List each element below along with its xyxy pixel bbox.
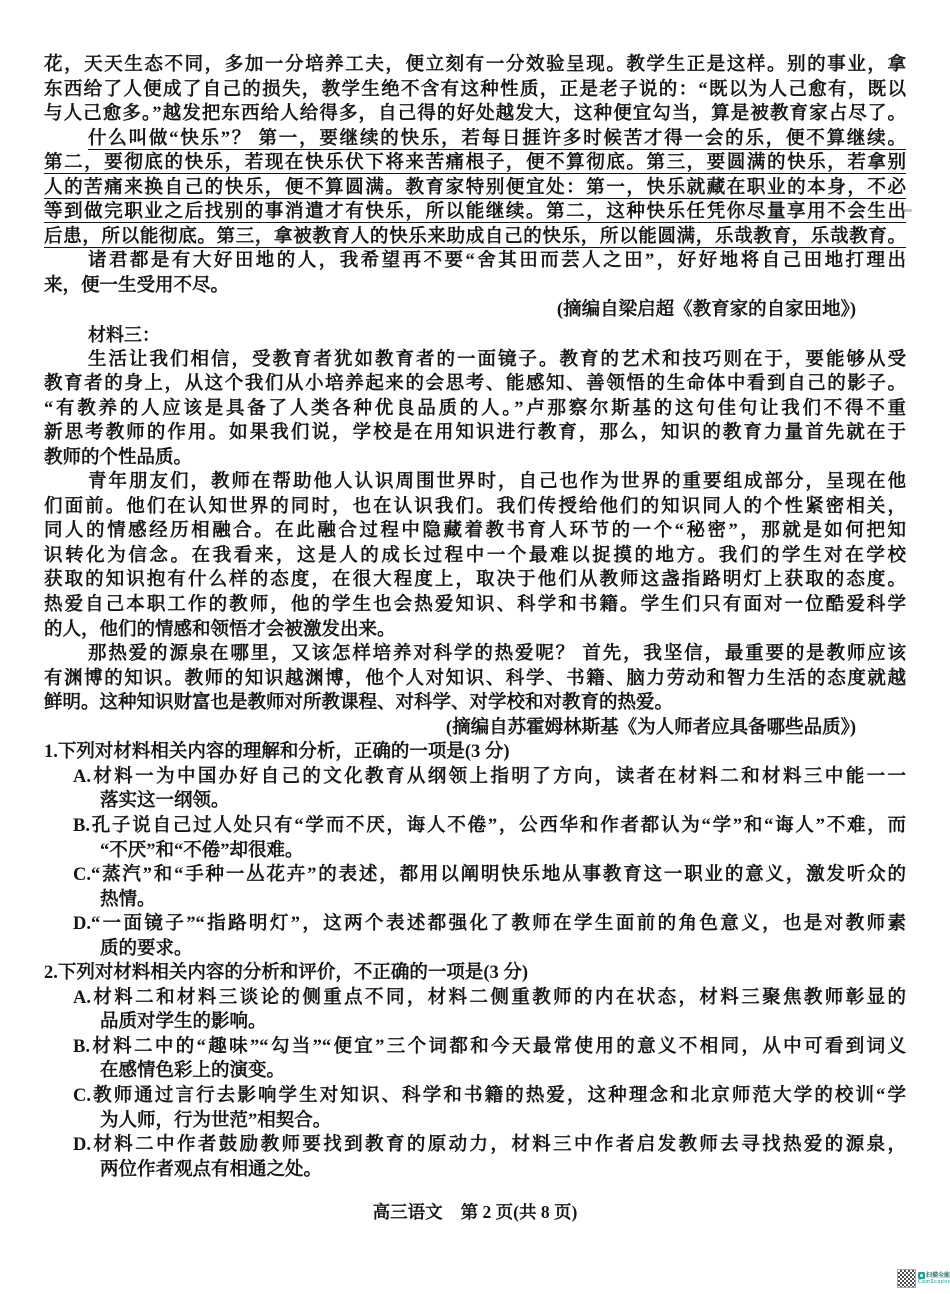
- text-line: B.材料二中的“趣味”“勾当”“便宜”三个词都和今天最常使用的意义不相同，从中可…: [44, 1035, 906, 1060]
- text-line: 有渊博的知识。教师的知识越渊博，他个人对知识、科学、书籍、脑力劳动和智力生活的态…: [44, 667, 906, 692]
- text-line: 品质对学生的影响。: [44, 1010, 906, 1035]
- text-line: 2.下列对材料相关内容的分析和评价，不正确的一项是(3 分): [44, 961, 906, 986]
- text-line: 东西给了人便成了自己的损失，教学生绝不含有这种性质，正是老子说的：“既以为人己愈…: [44, 78, 906, 103]
- footer-course: 高三语文: [373, 1202, 443, 1222]
- watermark-subtitle: CamScanner: [918, 1280, 950, 1285]
- text-line: “有教养的人应该是具备了人类各种优良品质的人。”卢那察尔斯基的这句佳句让我们不得…: [44, 397, 906, 422]
- text-line: “不厌”和“不倦”却很难。: [44, 839, 906, 864]
- text-line: 1.下列对材料相关内容的理解和分析，正确的一项是(3 分): [44, 740, 906, 765]
- page-text: 花，天天生态不同，多加一分培养工夫，便立刻有一分效验呈现。教学生正是这样。别的事…: [44, 53, 906, 1182]
- text-line: 与人己愈多。”越发把东西给人给得多，自己得的好处越发大，这种便宜勾当，算是被教育…: [44, 102, 906, 127]
- text-line: 人的苦痛来换自己的快乐，便不算圆满。教育家特别便宜处：第一，快乐就藏在职业的本身…: [44, 176, 906, 201]
- text-line: 等到做完职业之后找别的事消遣才有快乐，所以能继续。第二，这种快乐任凭你尽量享用不…: [44, 200, 906, 225]
- qr-code-icon: [897, 1269, 916, 1288]
- text-line: 获取的知识抱有什么样的态度，在很大程度上，取决于他们从教师这盏指路明灯上获取的态…: [44, 568, 906, 593]
- scan-artifact: [903, 209, 912, 212]
- text-line: 们面前。他们在认知世界的同时，也在认识我们。我们传授给他们的知识同人的个性紧密相…: [44, 495, 906, 520]
- text-line: 材料三：: [44, 323, 906, 348]
- watermark-label: 扫描全能王 CamScanner: [918, 1272, 950, 1285]
- text-line: 青年朋友们，教师在帮助他人认识周围世界时，自己也作为世界的重要组成部分，呈现在他: [44, 470, 906, 495]
- text-line: (摘编自苏霍姆林斯基《为人师者应具备哪些品质》): [44, 716, 906, 741]
- text-line: 教师的个性品质。: [44, 446, 906, 471]
- text-line: 的人，他们的情感和领悟才会被激发出来。: [44, 618, 906, 643]
- text-line: 同人的情感经历相融合。在此融合过程中隐藏着教书育人环节的一个“秘密”，那就是如何…: [44, 519, 906, 544]
- watermark-title: 扫描全能王: [926, 1273, 950, 1279]
- text-line: B.孔子说自己过人处只有“学而不厌，诲人不倦”，公西华和作者都认为“学”和“诲人…: [44, 814, 906, 839]
- emphasized-text: 继续: [486, 202, 526, 222]
- text-line: 什么叫做“快乐”？ 第一，要继续的快乐，若每日捱许多时候苦才得一会的乐，便不算继…: [44, 127, 906, 152]
- text-line: 落实这一纲领。: [44, 789, 906, 814]
- emphasized-text: 才得: [644, 129, 685, 149]
- camscanner-logo-icon: [918, 1272, 925, 1279]
- text-line: D.材料二中作者鼓励教师要找到教育的原动力，材料三中作者启发教师去寻找热爱的源泉…: [44, 1133, 906, 1158]
- page-footer: 高三语文第 2 页(共 8 页): [0, 1199, 950, 1224]
- text-line: 生活让我们相信，受教育者犹如教育者的一面镜子。教育的艺术和技巧则在于，要能够从受: [44, 348, 906, 373]
- text-line: 新思考教师的作用。如果我们说，学校是在用知识进行教育，那么，知识的教育力量首先就…: [44, 421, 906, 446]
- text-line: 教育者的身上，从这个我们从小培养起来的会思考、能感知、善领悟的生命体中看到自己的…: [44, 372, 906, 397]
- text-line: 热情。: [44, 888, 906, 913]
- text-line: 两位作者观点有相通之处。: [44, 1158, 906, 1183]
- text-line: C.教师通过言行去影响学生对知识、科学和书籍的热爱，这种理念和北京师范大学的校训…: [44, 1084, 906, 1109]
- text-line: D.“一面镜子”“指路明灯”，这两个表述都强化了教师在学生面前的角色意义，也是对…: [44, 912, 906, 937]
- text-line: 第二，要彻底的快乐，若现在快乐伏下将来苦痛根子，便不算彻底。第三，要圆满的快乐，…: [44, 151, 906, 176]
- text-line: (摘编自梁启超《教育家的自家田地》): [44, 298, 906, 323]
- text-line: 来，便一生受用不尽。: [44, 274, 906, 299]
- text-line: C.“蒸汽”和“手种一丛花卉”的表述，都用以阐明快乐地从事教育这一职业的意义，激…: [44, 863, 906, 888]
- text-line: 识转化为信念。在我看来，这是人的成长过程中一个最难以捉摸的地方。我们的学生对在学…: [44, 544, 906, 569]
- text-line: 在感情色彩上的演变。: [44, 1059, 906, 1084]
- text-line: A.材料一为中国办好自己的文化教育从纲领上指明了方向，读者在材料二和材料三中能一…: [44, 765, 906, 790]
- text-line: 鲜明。这种知识财富也是教师对所教课程、对科学、对学校和对教育的热爱。: [44, 691, 906, 716]
- text-line: 热爱自己本职工作的教师，他的学生也会热爱知识、科学和书籍。学生们只有面对一位酷爱…: [44, 593, 906, 618]
- text-line: A.材料二和材料三谈论的侧重点不同，材料二侧重教师的内在状态，材料三聚焦教师彰显…: [44, 986, 906, 1011]
- text-line: 诸君都是有大好田地的人，我希望再不要“舍其田而芸人之田”，好好地将自己田地打理出: [44, 249, 906, 274]
- text-line: 那热爱的源泉在哪里，又该怎样培养对科学的热爱呢？ 首先，我坚信，最重要的是教师应…: [44, 642, 906, 667]
- text-line: 后患，所以能彻底。第三，拿被教育人的快乐来助成自己的快乐，所以能圆满，乐哉教育，…: [44, 225, 906, 250]
- exam-page: 花，天天生态不同，多加一分培养工夫，便立刻有一分效验呈现。教学生正是这样。别的事…: [0, 0, 950, 1294]
- text-line: 质的要求。: [44, 937, 906, 962]
- text-line: 花，天天生态不同，多加一分培养工夫，便立刻有一分效验呈现。教学生正是这样。别的事…: [44, 53, 906, 78]
- text-line: 为人师，行为世范”相契合。: [44, 1109, 906, 1134]
- footer-page-number: 第 2 页(共 8 页): [461, 1202, 578, 1222]
- camscanner-watermark: 扫描全能王 CamScanner: [897, 1268, 947, 1289]
